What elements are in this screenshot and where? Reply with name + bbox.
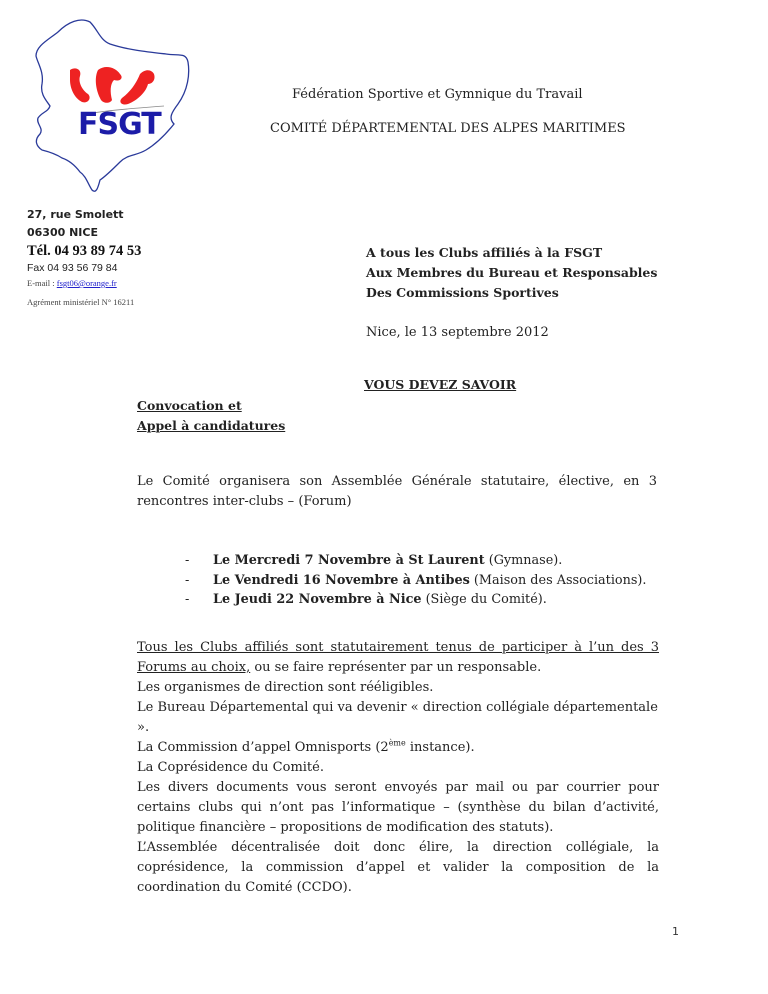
- committee-name: COMITÉ DÉPARTEMENTAL DES ALPES MARITIMES: [270, 121, 626, 136]
- recipient-line: Des Commissions Sportives: [366, 285, 559, 300]
- body-line: Les organismes de direction sont rééligi…: [137, 678, 659, 698]
- fax: Fax 04 93 56 79 84: [27, 262, 118, 274]
- participation-paragraph: Tous les Clubs affiliés sont statutairem…: [137, 638, 659, 678]
- email-link[interactable]: fsgt06@orange.fr: [57, 278, 117, 288]
- ministerial-approval: Agrément ministériel N° 16211: [27, 297, 134, 307]
- documents-paragraph: Les divers documents vous seront envoyés…: [137, 778, 659, 838]
- main-body: Tous les Clubs affiliés sont statutairem…: [137, 638, 659, 898]
- federation-name: Fédération Sportive et Gymnique du Trava…: [292, 87, 583, 102]
- alpes-maritimes-map-icon: FSGT: [28, 12, 198, 197]
- subject-line: Appel à candidatures: [137, 418, 285, 433]
- email-label: E-mail :: [27, 278, 57, 288]
- body-line: La Commission d’appel Omnisports (2ème i…: [137, 738, 659, 758]
- letter-title: VOUS DEVEZ SAVOIR: [364, 377, 516, 392]
- address-city: 06300 NICE: [27, 226, 98, 239]
- assembly-paragraph: L’Assemblée décentralisée doit donc élir…: [137, 838, 659, 898]
- list-item: -Le Vendredi 16 Novembre à Antibes (Mais…: [185, 571, 647, 591]
- address-street: 27, rue Smolett: [27, 208, 124, 221]
- email-line: E-mail : fsgt06@orange.fr: [27, 278, 117, 288]
- letter-date: Nice, le 13 septembre 2012: [366, 325, 549, 340]
- recipient-line: A tous les Clubs affiliés à la FSGT: [366, 245, 602, 260]
- telephone: Tél. 04 93 89 74 53: [27, 243, 141, 260]
- body-line: Le Bureau Départemental qui va devenir «…: [137, 698, 659, 738]
- subject-line: Convocation et: [137, 398, 242, 413]
- list-item: -Le Mercredi 7 Novembre à St Laurent (Gy…: [185, 551, 647, 571]
- fsgt-logo: FSGT: [28, 12, 198, 197]
- recipient-line: Aux Membres du Bureau et Responsables: [366, 265, 657, 280]
- svg-text:FSGT: FSGT: [78, 107, 162, 142]
- intro-paragraph: Le Comité organisera son Assemblée Génér…: [137, 472, 657, 512]
- body-line: La Coprésidence du Comité.: [137, 758, 659, 778]
- page-number: 1: [672, 925, 679, 938]
- forum-dates-list: -Le Mercredi 7 Novembre à St Laurent (Gy…: [185, 551, 647, 610]
- list-item: -Le Jeudi 22 Novembre à Nice (Siège du C…: [185, 590, 647, 610]
